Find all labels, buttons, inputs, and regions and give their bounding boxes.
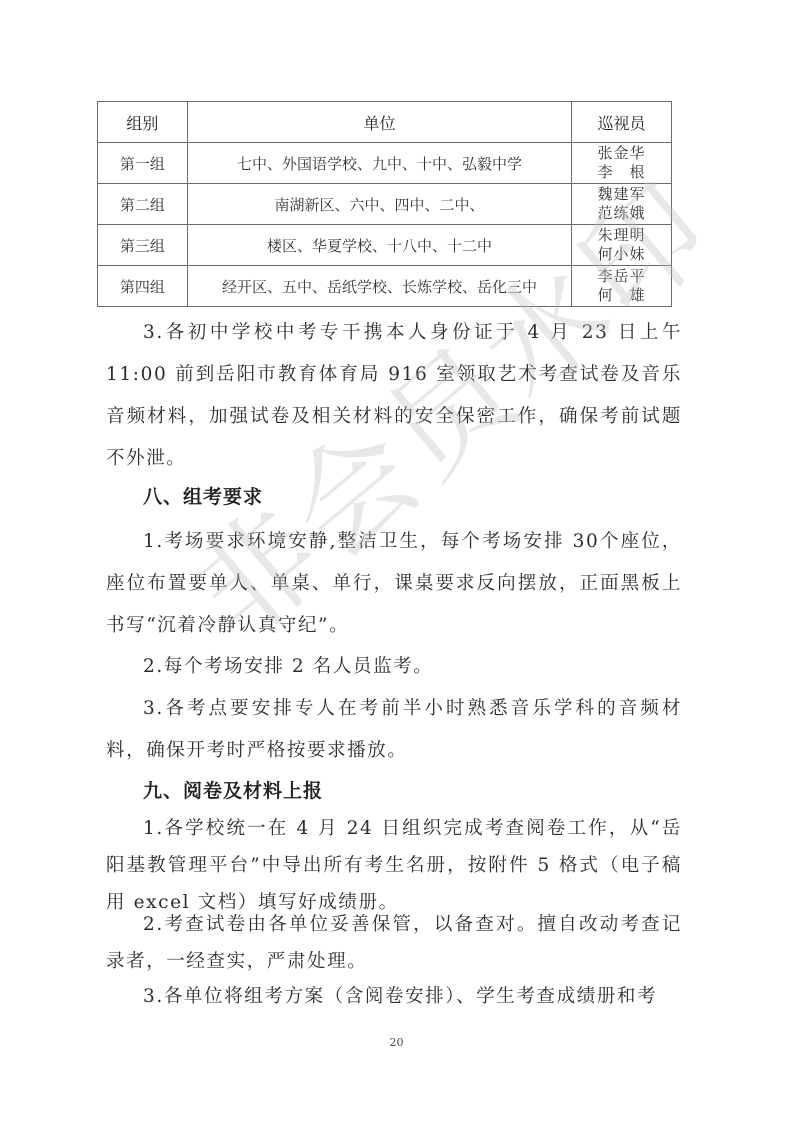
units-cell: 经开区、五中、岳纸学校、长炼学校、岳化三中 [187,266,571,307]
document-page: 组别 单位 巡视员 第一组 七中、外国语学校、九中、十中、弘毅中学 张金华 李 … [0,0,793,1122]
units-cell: 南湖新区、六中、四中、二中、 [187,184,571,225]
group-cell: 第二组 [98,184,188,225]
inspector-name: 张金华 [572,144,671,163]
column-header-units: 单位 [187,102,571,143]
inspector-name: 何小妹 [572,245,671,264]
table-row: 第一组 七中、外国语学校、九中、十中、弘毅中学 张金华 李 根 [98,143,672,184]
section-heading-8: 八、组考要求 [143,482,263,509]
paragraph-9-1: 1.各学校统一在 4 月 24 日组织完成考查阅卷工作，从“岳阳基教管理平台”中… [106,810,682,921]
inspector-name: 魏建军 [572,185,671,204]
group-cell: 第四组 [98,266,188,307]
paragraph-9-2: 2.考查试卷由各单位妥善保管，以备查对。擅自改动考查记录者，一经查实，严肃处理。 [106,906,682,980]
column-header-inspectors: 巡视员 [572,102,672,143]
inspectors-cell: 李岳平 何 雄 [572,266,672,307]
table-header-row: 组别 单位 巡视员 [98,102,672,143]
page-number: 20 [0,1036,793,1049]
group-cell: 第一组 [98,143,188,184]
inspector-name: 李 根 [572,163,671,182]
paragraph-8-2: 2.每个考场安排 2 名人员监考。 [106,646,682,688]
inspector-name: 李岳平 [572,267,671,286]
inspectors-cell: 张金华 李 根 [572,143,672,184]
inspection-groups-table: 组别 单位 巡视员 第一组 七中、外国语学校、九中、十中、弘毅中学 张金华 李 … [97,101,672,307]
inspector-name: 何 雄 [572,286,671,305]
table-row: 第三组 楼区、华夏学校、十八中、十二中 朱理明 何小妹 [98,225,672,266]
section-heading-9: 九、阅卷及材料上报 [143,776,323,803]
units-cell: 七中、外国语学校、九中、十中、弘毅中学 [187,143,571,184]
table-row: 第四组 经开区、五中、岳纸学校、长炼学校、岳化三中 李岳平 何 雄 [98,266,672,307]
paragraph-9-3: 3.各单位将组考方案（含阅卷安排）、学生考查成绩册和考 [106,978,682,1015]
column-header-group: 组别 [98,102,188,143]
inspectors-cell: 魏建军 范练娥 [572,184,672,225]
inspector-name: 范练娥 [572,204,671,223]
inspector-name: 朱理明 [572,226,671,245]
units-cell: 楼区、华夏学校、十八中、十二中 [187,225,571,266]
table-row: 第二组 南湖新区、六中、四中、二中、 魏建军 范练娥 [98,184,672,225]
paragraph-7-3: 3.各初中学校中考专干携本人身份证于 4 月 23 日上午 11:00 前到岳阳… [106,312,682,480]
inspectors-cell: 朱理明 何小妹 [572,225,672,266]
paragraph-8-3: 3.各考点要安排专人在考前半小时熟悉音乐学科的音频材料，确保开考时严格按要求播放… [106,688,682,772]
group-cell: 第三组 [98,225,188,266]
paragraph-8-1: 1.考场要求环境安静,整洁卫生，每个考场安排 30个座位，座位布置要单人、单桌、… [106,521,682,647]
